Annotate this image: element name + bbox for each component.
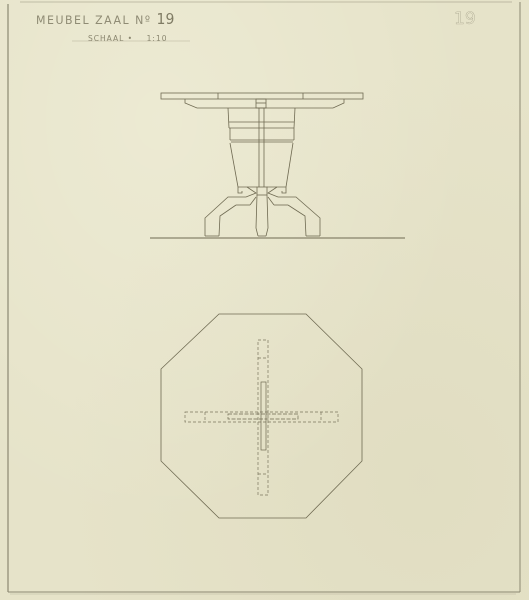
drawing-sheet: MEUBEL ZAAL Nº 19 SCHAAL • 1:10 19 — [0, 0, 529, 600]
front-elevation — [150, 93, 405, 238]
scale-value: 1:10 — [147, 34, 168, 43]
plan-view — [161, 314, 362, 518]
title-number: 19 — [157, 12, 175, 29]
technical-drawing — [0, 0, 529, 600]
sheet-border — [8, 2, 520, 594]
scale-label: SCHAAL • — [88, 34, 133, 43]
drawing-title: MEUBEL ZAAL Nº 19 — [36, 12, 174, 29]
sheet-number: 19 — [454, 9, 476, 29]
title-prefix: MEUBEL ZAAL Nº — [36, 14, 152, 28]
scale-annotation: SCHAAL • 1:10 — [88, 34, 167, 43]
